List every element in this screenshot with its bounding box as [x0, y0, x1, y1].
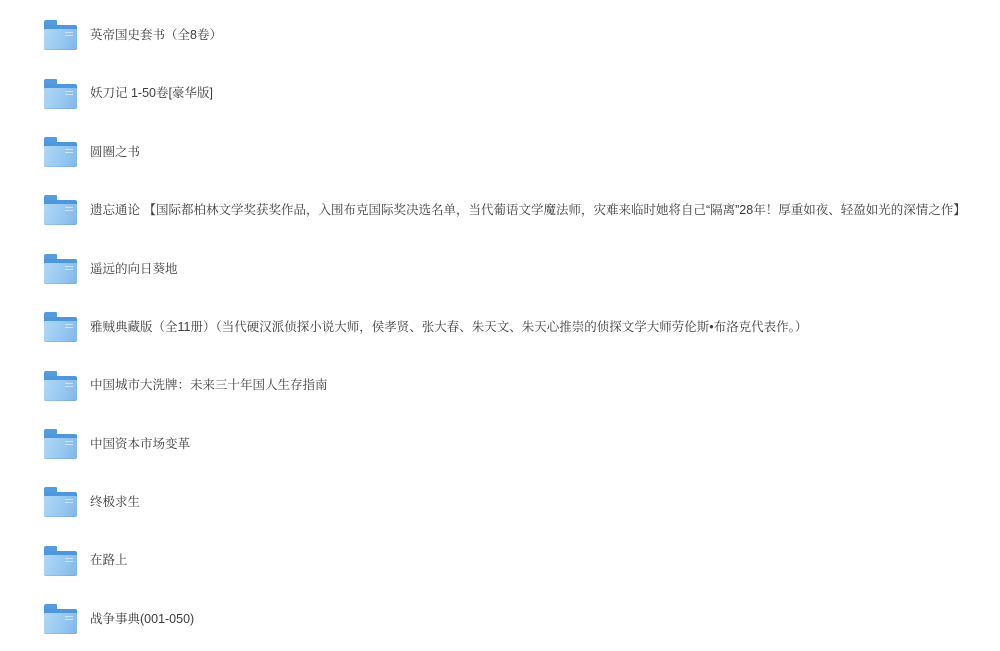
- file-name-label[interactable]: 终极求生: [90, 496, 140, 509]
- folder-front: [44, 380, 77, 401]
- file-name-label[interactable]: 遥远的向日葵地: [90, 263, 178, 276]
- folder-front: [44, 438, 77, 459]
- file-name-label[interactable]: 英帝国史套书（全8卷）: [90, 29, 222, 42]
- file-row[interactable]: 在路上: [44, 532, 1000, 590]
- file-name-label[interactable]: 妖刀记 1-50卷[豪华版]: [90, 87, 213, 100]
- folder-icon[interactable]: [44, 254, 77, 284]
- file-name-label[interactable]: 在路上: [90, 554, 128, 567]
- folder-icon[interactable]: [44, 487, 77, 517]
- file-name-label[interactable]: 遗忘通论 【国际都柏林文学奖获奖作品，入围布克国际奖决选名单，当代葡语文学魔法师…: [90, 204, 966, 217]
- folder-icon[interactable]: [44, 137, 77, 167]
- file-row[interactable]: 圆圈之书: [44, 123, 1000, 181]
- file-row[interactable]: 遗忘通论 【国际都柏林文学奖获奖作品，入围布克国际奖决选名单，当代葡语文学魔法师…: [44, 181, 1000, 239]
- folder-front: [44, 29, 77, 50]
- folder-icon[interactable]: [44, 604, 77, 634]
- folder-front: [44, 146, 77, 167]
- folder-icon[interactable]: [44, 195, 77, 225]
- folder-icon[interactable]: [44, 546, 77, 576]
- folder-icon[interactable]: [44, 429, 77, 459]
- folder-front: [44, 321, 77, 342]
- folder-front: [44, 613, 77, 634]
- folder-front: [44, 88, 77, 109]
- folder-front: [44, 496, 77, 517]
- folder-icon[interactable]: [44, 371, 77, 401]
- file-list: 英帝国史套书（全8卷） 妖刀记 1-50卷[豪华版] 圆圈之书 遗忘通论 【国际…: [0, 0, 1000, 648]
- folder-icon[interactable]: [44, 79, 77, 109]
- file-name-label[interactable]: 圆圈之书: [90, 146, 140, 159]
- file-row[interactable]: 遥远的向日葵地: [44, 240, 1000, 298]
- file-row[interactable]: 战争事典(001-050): [44, 590, 1000, 648]
- file-name-label[interactable]: 中国城市大洗牌：未来三十年国人生存指南: [90, 379, 328, 392]
- folder-front: [44, 263, 77, 284]
- file-row[interactable]: 终极求生: [44, 473, 1000, 531]
- folder-icon[interactable]: [44, 312, 77, 342]
- file-name-label[interactable]: 中国资本市场变革: [90, 438, 190, 451]
- folder-front: [44, 555, 77, 576]
- file-row[interactable]: 妖刀记 1-50卷[豪华版]: [44, 64, 1000, 122]
- folder-icon[interactable]: [44, 20, 77, 50]
- file-row[interactable]: 英帝国史套书（全8卷）: [44, 6, 1000, 64]
- folder-front: [44, 204, 77, 225]
- file-row[interactable]: 雅贼典藏版（全11册）（当代硬汉派侦探小说大师，侯孝贤、张大春、朱天文、朱天心推…: [44, 298, 1000, 356]
- file-name-label[interactable]: 雅贼典藏版（全11册）（当代硬汉派侦探小说大师，侯孝贤、张大春、朱天文、朱天心推…: [90, 321, 807, 334]
- file-name-label[interactable]: 战争事典(001-050): [90, 613, 194, 626]
- file-row[interactable]: 中国城市大洗牌：未来三十年国人生存指南: [44, 356, 1000, 414]
- file-row[interactable]: 中国资本市场变革: [44, 415, 1000, 473]
